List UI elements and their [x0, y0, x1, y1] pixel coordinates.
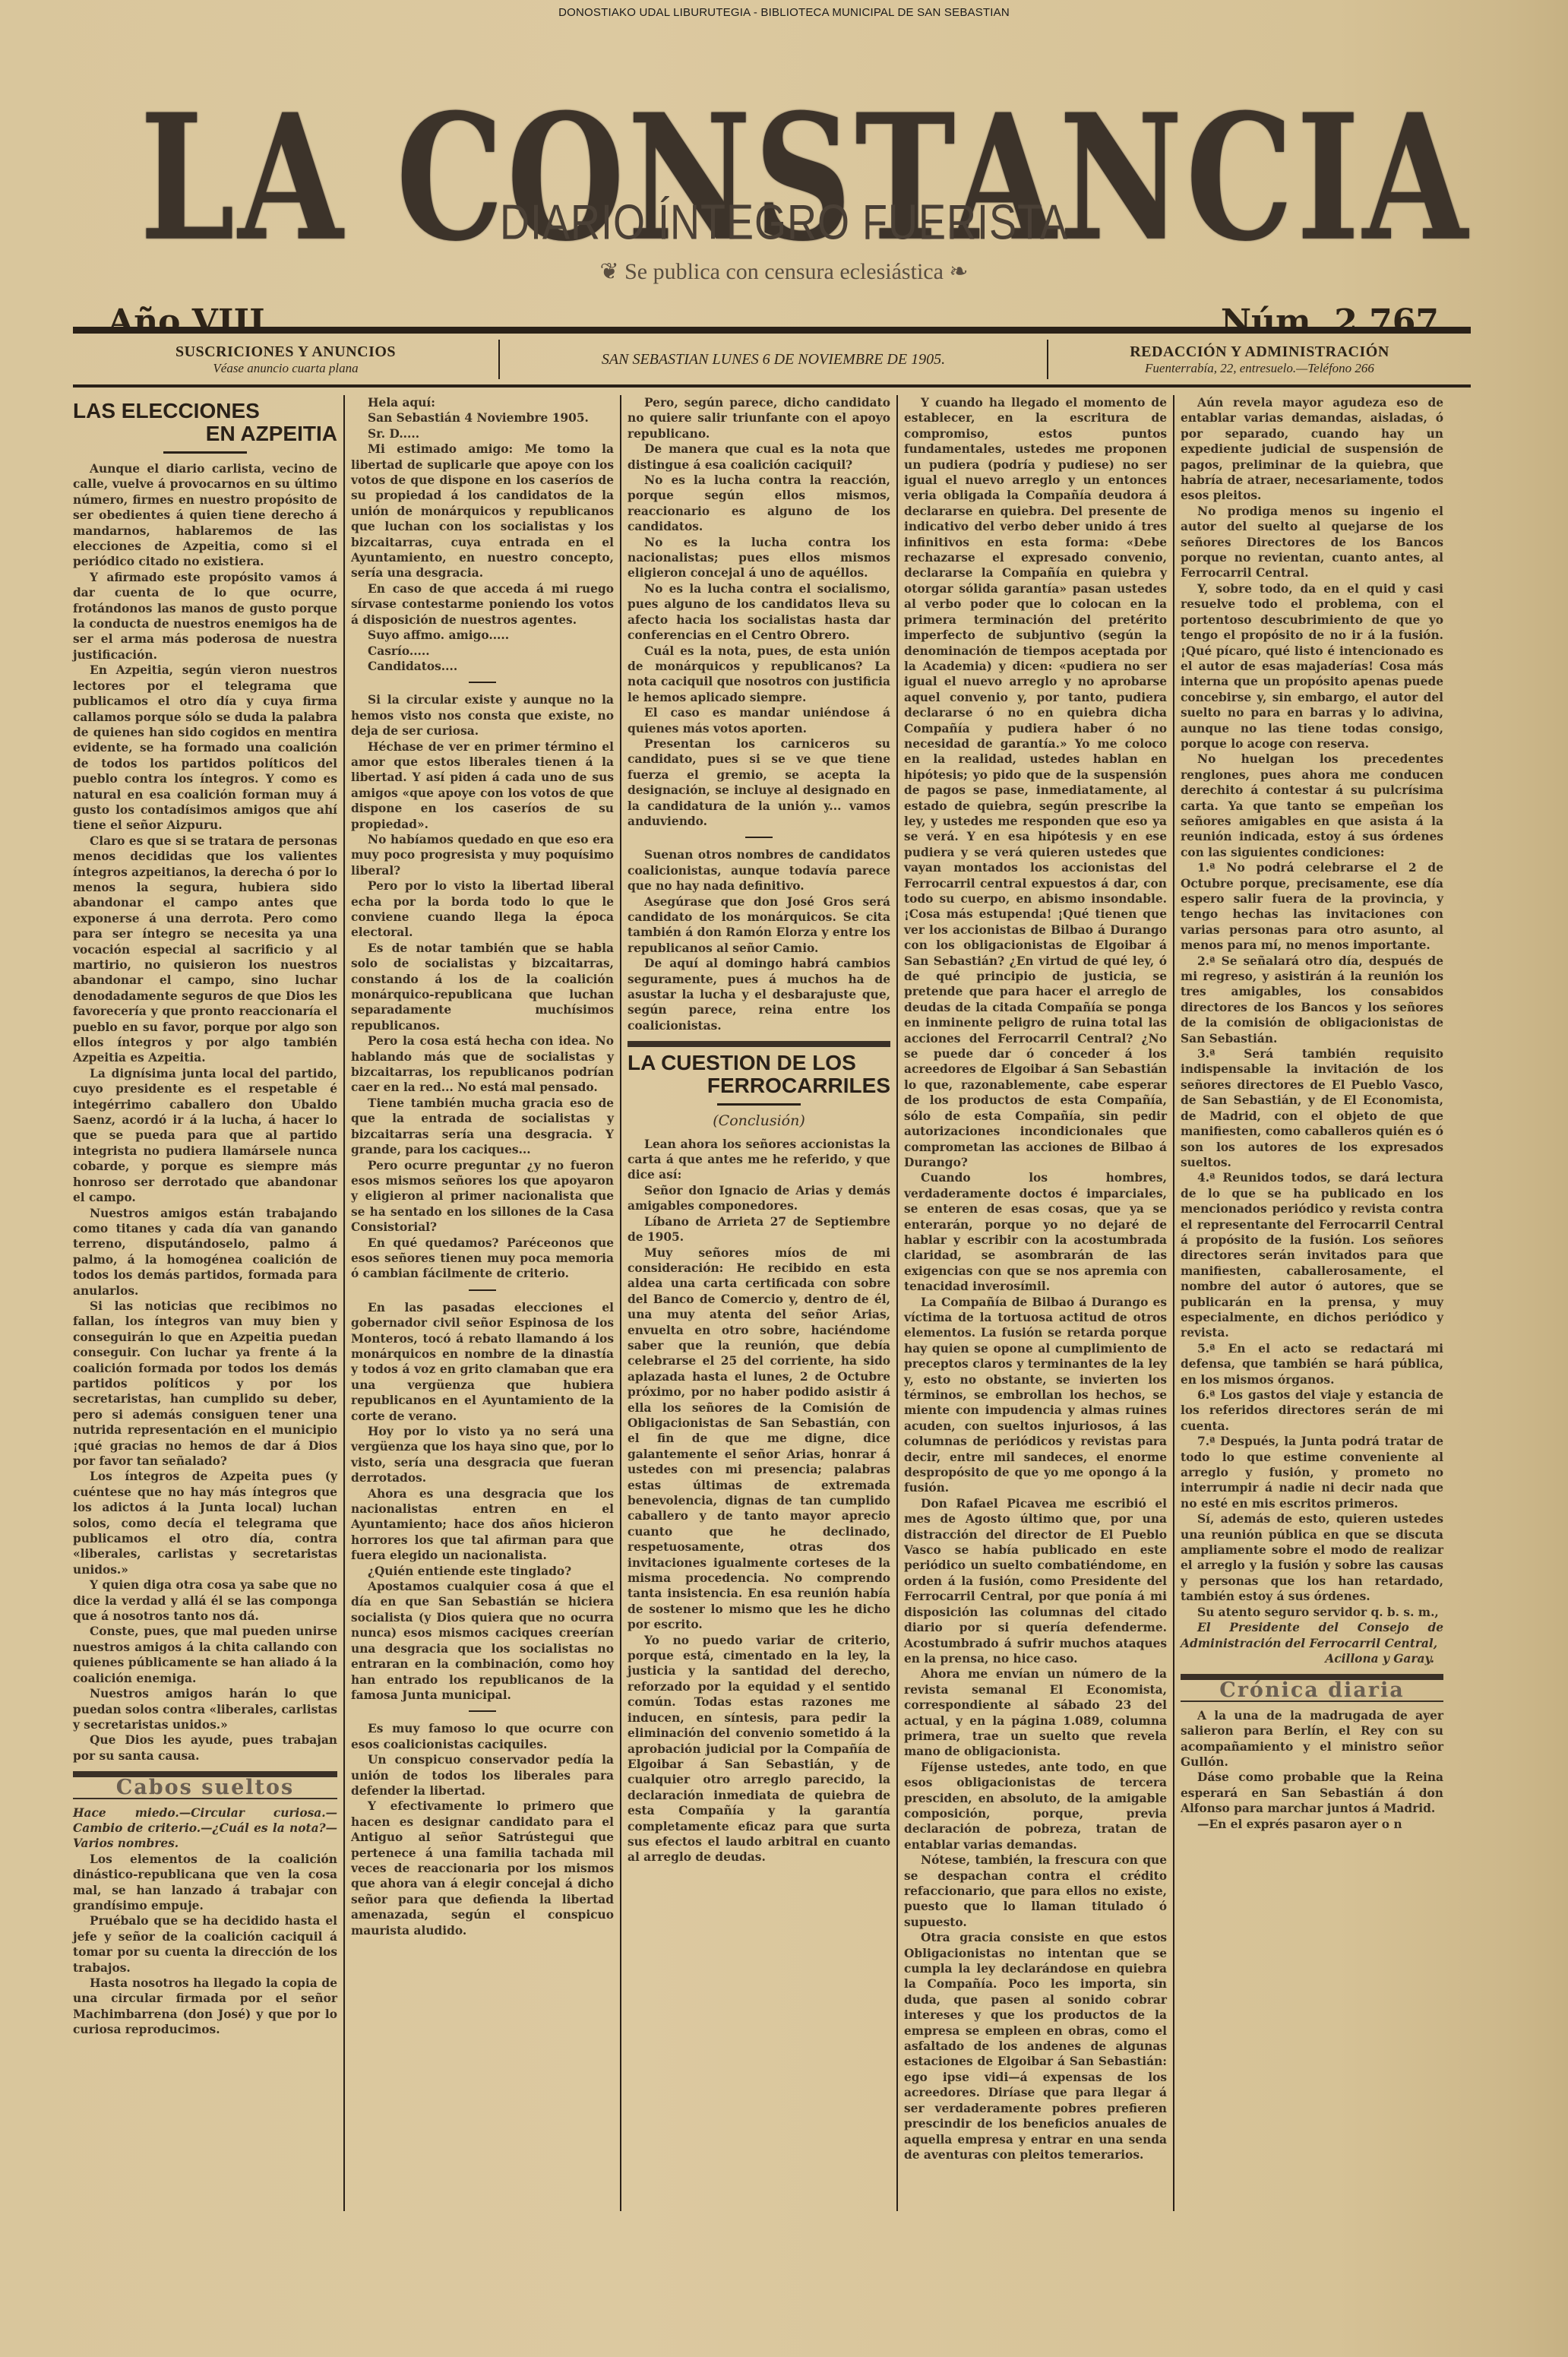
article-paragraph: Nuestros amigos están trabajando como ti… [73, 1206, 337, 1299]
article-paragraph: Los elementos de la coalición dinástico-… [73, 1852, 337, 1914]
article-paragraph: Casrío..... [351, 644, 614, 659]
section-rule [628, 1041, 890, 1047]
article-paragraph: Hoy por lo visto ya no será una vergüenz… [351, 1424, 614, 1486]
article-paragraph: Lean ahora los señores accionistas la ca… [628, 1137, 890, 1183]
article-paragraph: Claro es que si se tratara de personas m… [73, 834, 337, 1066]
article-paragraph: Presentan los carniceros su candidato, p… [628, 736, 890, 829]
ferrocarriles-headline: LA CUESTION DE LOS FERROCARRILES [628, 1052, 890, 1097]
article-paragraph: Hasta nosotros ha llegado la copia de un… [73, 1976, 337, 2038]
masthead-rule-top [73, 327, 1471, 334]
cronica-diaria-title: Crónica diaria [1181, 1683, 1443, 1698]
article-paragraph: Suyo affmo. amigo..... [351, 628, 614, 643]
article-paragraph: —En el exprés pasaron ayer o n [1181, 1817, 1443, 1832]
masthead-rule-bottom [73, 384, 1471, 388]
article-paragraph: Apostamos cualquier cosa á que el día en… [351, 1579, 614, 1703]
article-paragraph: Cuál es la nota, pues, de esta unión de … [628, 644, 890, 706]
article-paragraph: Su atento seguro servidor q. b. s. m., [1181, 1605, 1443, 1620]
article-paragraph: No es la lucha contra los nacionalistas;… [628, 535, 890, 581]
subscriptions-note: Véase anuncio cuarta plana [213, 361, 358, 376]
article-paragraph: Candidatos.... [351, 659, 614, 674]
separator-dash [469, 1710, 496, 1712]
article-paragraph: Conste, pues, que mal pueden unirse nues… [73, 1624, 337, 1686]
article-paragraph: En Azpeitia, según vieron nuestros lecto… [73, 663, 337, 833]
column-3: Pero, según parece, dicho candidato no q… [620, 395, 896, 2211]
article-paragraph: Pero, según parece, dicho candidato no q… [628, 395, 890, 441]
column-4: Y cuando ha llegado el momento de establ… [896, 395, 1173, 2211]
signature-role: El Presidente del Consejo de Administrac… [1181, 1620, 1443, 1651]
article-paragraph: Y, sobre todo, da en el quid y casi resu… [1181, 581, 1443, 751]
newspaper-page: DONOSTIAKO UDAL LIBURUTEGIA - BIBLIOTECA… [0, 0, 1568, 2357]
article-paragraph: El caso es mandar uniéndose á quienes má… [628, 705, 890, 736]
censure-note: ❦ Se publica con censura eclesiástica ❧ [0, 258, 1568, 285]
article-paragraph: La Compañía de Bilbao á Durango es vícti… [904, 1295, 1167, 1496]
article-paragraph: De aquí al domingo habrá cambios seguram… [628, 956, 890, 1033]
article-paragraph: Pruébalo que se ha decidido hasta el jef… [73, 1913, 337, 1976]
archive-credit: DONOSTIAKO UDAL LIBURUTEGIA - BIBLIOTECA… [0, 6, 1568, 19]
article-paragraph: Hela aquí: [351, 395, 614, 410]
article-paragraph: Señor don Ignacio de Arias y demás amiga… [628, 1183, 890, 1214]
article-paragraph: Nótese, también, la frescura con que se … [904, 1852, 1167, 1930]
condition-item: 6.ª Los gastos del viaje y estancia de l… [1181, 1387, 1443, 1434]
ornament-right-icon: ❧ [944, 259, 969, 284]
separator-dash [469, 682, 496, 683]
article-paragraph: Los íntegros de Azpeita pues (y cuéntese… [73, 1469, 337, 1577]
article-paragraph: En qué quedamos? Paréceonos que esos señ… [351, 1235, 614, 1282]
condition-item: 3.ª Será también requisito indispensable… [1181, 1046, 1443, 1170]
azpeitia-headline-line1: LAS ELECCIONES [73, 400, 337, 422]
article-paragraph: No es la lucha contra el socialismo, pue… [628, 581, 890, 644]
separator-dash [469, 1289, 496, 1291]
article-paragraph: Líbano de Arrieta 27 de Septiembre de 19… [628, 1214, 890, 1245]
condition-item: 2.ª Se señalará otro día, después de mi … [1181, 954, 1443, 1046]
ferrocarriles-subtitle: (Conclusión) [628, 1113, 890, 1128]
ferrocarriles-headline-line1: LA CUESTION DE LOS [628, 1052, 890, 1074]
article-paragraph: Héchase de ver en primer término el amor… [351, 739, 614, 832]
ferrocarriles-headline-line2: FERROCARRILES [628, 1074, 890, 1097]
subscriptions-heading: Suscriciones y anuncios [175, 343, 396, 361]
column-2: Hela aquí: San Sebastián 4 Noviembre 190… [343, 395, 620, 2211]
article-paragraph: Un conspicuo conservador pedía la unión … [351, 1752, 614, 1799]
article-paragraph: Que Dios les ayude, pues trabajan por su… [73, 1732, 337, 1764]
dateline-box: SAN SEBASTIAN LUNES 6 DE NOVIEMBRE DE 19… [498, 340, 1048, 379]
article-paragraph: De manera que cual es la nota que distin… [628, 441, 890, 473]
masthead-subtitle: DIARIO ÍNTEGRO FUERISTA [0, 195, 1568, 251]
article-paragraph: No huelgan los precedentes renglones, pu… [1181, 751, 1443, 860]
dateline: SAN SEBASTIAN LUNES 6 DE NOVIEMBRE DE 19… [602, 351, 945, 369]
article-paragraph: Nuestros amigos harán lo que puedan solo… [73, 1686, 337, 1732]
article-paragraph: Asegúrase que don José Gros será candida… [628, 894, 890, 957]
article-paragraph: Es muy famoso lo que ocurre con esos coa… [351, 1721, 614, 1752]
article-paragraph: Muy señores míos de mi consideración: He… [628, 1245, 890, 1633]
article-paragraph: Fíjense ustedes, ante todo, en que esos … [904, 1760, 1167, 1852]
article-paragraph: Pero ocurre preguntar ¿y no fueron esos … [351, 1158, 614, 1235]
article-paragraph: Dáse como probable que la Reina esperará… [1181, 1770, 1443, 1816]
article-paragraph: No es la lucha contra la reacción, porqu… [628, 473, 890, 535]
headline-rule [163, 451, 247, 454]
article-paragraph: Pero la cosa está hecha con idea. No hab… [351, 1033, 614, 1096]
condition-item: 1.ª No podrá celebrarse el 2 de Octubre … [1181, 860, 1443, 953]
cabos-sueltos-title: Cabos sueltos [73, 1780, 337, 1795]
article-paragraph: A la una de la madrugada de ayer saliero… [1181, 1708, 1443, 1770]
article-paragraph: Y afirmado este propósito vamos á dar cu… [73, 570, 337, 663]
article-paragraph: Otra gracia consiste en que estos Obliga… [904, 1930, 1167, 2162]
article-paragraph: Mi estimado amigo: Me tomo la libertad d… [351, 441, 614, 581]
article-paragraph: ¿Quién entiende este tinglado? [351, 1564, 614, 1579]
condition-item: 5.ª En el acto se redactará mi defensa, … [1181, 1341, 1443, 1387]
column-5: Aún revela mayor agudeza eso de entablar… [1173, 395, 1449, 2211]
article-paragraph: Y efectivamente lo primero que hacen es … [351, 1799, 614, 1938]
column-1: LAS ELECCIONES EN AZPEITIA Aunque el dia… [67, 395, 343, 2211]
cabos-sueltos-summary: Hace miedo.—Circular curiosa.—Cambio de … [73, 1805, 337, 1852]
article-paragraph: Ahora me envían un número de la revista … [904, 1666, 1167, 1759]
article-paragraph: La dignísima junta local del partido, cu… [73, 1066, 337, 1206]
article-paragraph: Y quien diga otra cosa ya sabe que no di… [73, 1577, 337, 1624]
article-paragraph: Aún revela mayor agudeza eso de entablar… [1181, 395, 1443, 504]
article-paragraph: Don Rafael Picavea me escribió el mes de… [904, 1496, 1167, 1666]
separator-dash [745, 837, 773, 838]
article-paragraph: Sí, además de esto, quieren ustedes una … [1181, 1511, 1443, 1604]
article-paragraph: No habíamos quedado en que eso era muy p… [351, 832, 614, 878]
editorial-office-box: Redacción y Administración Fuenterrabía,… [1048, 337, 1471, 382]
condition-item: 7.ª Después, la Junta podrá tratar de to… [1181, 1434, 1443, 1511]
article-paragraph: Y cuando ha llegado el momento de establ… [904, 395, 1167, 1170]
article-paragraph: Suenan otros nombres de candidatos coali… [628, 847, 890, 894]
article-paragraph: Pero por lo visto la libertad liberal ec… [351, 878, 614, 941]
signature-name: Acillona y Garay. [1181, 1651, 1443, 1666]
subscriptions-box: Suscriciones y anuncios Véase anuncio cu… [73, 337, 498, 382]
year-label: Año VIII [108, 302, 265, 341]
article-paragraph: Ahora es una desgracia que los nacionali… [351, 1486, 614, 1564]
ornament-left-icon: ❦ [599, 259, 624, 284]
info-bar: Suscriciones y anuncios Véase anuncio cu… [73, 337, 1471, 382]
article-paragraph: Cuando los hombres, verdaderamente docto… [904, 1170, 1167, 1294]
article-paragraph: Aunque el diario carlista, vecino de cal… [73, 461, 337, 570]
article-paragraph: Yo no puedo variar de criterio, porque e… [628, 1633, 890, 1865]
article-paragraph: Si la circular existe y aunque no la hem… [351, 692, 614, 739]
editorial-office-address: Fuenterrabía, 22, entresuelo.—Teléfono 2… [1145, 361, 1374, 376]
issue-number: Núm. 2.767 [1221, 302, 1439, 341]
article-paragraph: Si las noticias que recibimos no fallan,… [73, 1299, 337, 1469]
headline-rule [717, 1103, 801, 1106]
condition-item: 4.ª Reunidos todos, se dará lectura de l… [1181, 1170, 1443, 1340]
article-paragraph: En las pasadas elecciones el gobernador … [351, 1300, 614, 1424]
article-paragraph: No prodiga menos su ingenio el autor del… [1181, 504, 1443, 581]
article-columns: LAS ELECCIONES EN AZPEITIA Aunque el dia… [67, 395, 1465, 2211]
article-paragraph: San Sebastián 4 Noviembre 1905. [351, 410, 614, 426]
azpeitia-headline-line2: EN AZPEITIA [73, 422, 337, 445]
editorial-office-heading: Redacción y Administración [1130, 343, 1389, 361]
article-paragraph: Sr. D..... [351, 426, 614, 441]
azpeitia-headline: LAS ELECCIONES EN AZPEITIA [73, 400, 337, 445]
article-paragraph: En caso de que acceda á mi ruego sírvase… [351, 581, 614, 628]
censure-text: Se publica con censura eclesiástica [624, 259, 944, 284]
article-paragraph: Tiene también mucha gracia eso de que la… [351, 1096, 614, 1158]
article-paragraph: Es de notar también que se habla solo de… [351, 941, 614, 1033]
